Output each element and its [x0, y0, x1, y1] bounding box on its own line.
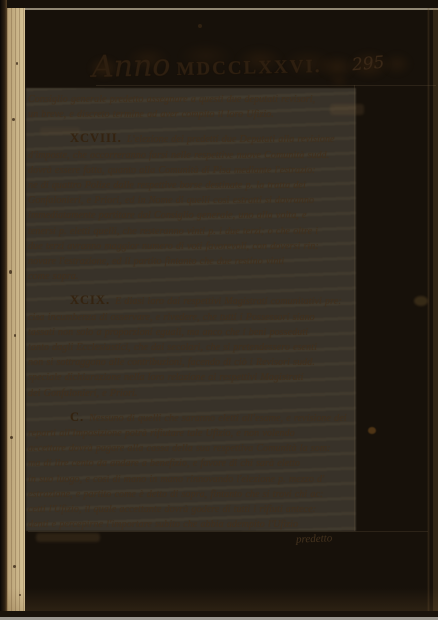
manuscript-line: cisa incumbenza di osservare, e rivedere… — [28, 310, 358, 325]
edge-speck — [14, 334, 16, 337]
edge-speck — [12, 118, 15, 121]
manuscript-line: ne di quattro Polize dalle respettive bo… — [28, 178, 358, 193]
manuscript-line: ma di lire cento da andare a benefizio, … — [28, 456, 358, 471]
manuscript-line: Consiglio generale predetto assegnare a … — [28, 92, 358, 107]
show-through-mark — [36, 533, 100, 542]
manuscript-line: novare l'estrazione, ed il partito finta… — [28, 254, 358, 269]
manuscript-line: tassati non solo a proporzioni eguali, m… — [28, 325, 358, 340]
manuscript-line: XCIX.E diasi loro dai respettivi Magistr… — [28, 293, 358, 309]
manuscript-line-text: E diasi loro dai respettivi Magistrati c… — [115, 296, 342, 307]
page-top-edge — [6, 8, 438, 10]
manuscript-line: tenersi p. eletti quelli, che resteranno… — [28, 224, 358, 239]
manuscript-line: denti e percepirne l'importare subito ch… — [28, 517, 358, 532]
manuscript-line: C.Nessuno di quelli che saranno eletti a… — [28, 410, 358, 426]
folio-number: 295 — [351, 53, 385, 76]
manuscript-text-block: Consiglio generale predetto assegnare a … — [28, 92, 358, 532]
manuscript-line: dei Gonfalonieri, e Priori. — [28, 386, 358, 401]
manuscript-line: in suo luogo, e così di mano in mano rin… — [28, 472, 358, 487]
manuscript-line-text: L'elezione dei predetti due Deputati all… — [127, 134, 335, 145]
manuscript-line: XCVIII.L'elezione dei predetti due Deput… — [28, 131, 358, 147]
paper-stain — [414, 296, 428, 306]
manuscript-line: immediatamente partitare dal Consiglio g… — [28, 208, 358, 223]
intro-paragraph: Consiglio generale predetto assegnare a … — [28, 92, 358, 122]
manuscript-line: come sopra. — [28, 269, 358, 284]
manuscript-line: d'imposte, che occorreranno farsi nelle … — [28, 148, 358, 163]
manuscript-line: dovrà essere fatta, quanto alla Comunità… — [28, 163, 358, 178]
manuscript-line: cetti l'Ufizio, il quale accettante dovr… — [28, 502, 358, 517]
year-heading-script: Anno — [92, 48, 171, 85]
year-heading: AnnoMDCCLXXVI. — [92, 45, 363, 85]
section-xcviii: XCVIII.L'elezione dei predetti due Deput… — [28, 131, 358, 284]
section-number: XCIX. — [70, 293, 110, 307]
manuscript-line: speciale dichiarazione nella loro relazi… — [28, 370, 358, 385]
manuscript-line-text: Nessuno di quelli che saranno eletti all… — [89, 413, 347, 424]
paper-stain — [198, 24, 202, 28]
manuscript-line: non si sottraggono alle contribuzioni, f… — [28, 355, 358, 370]
edge-speck — [10, 436, 13, 439]
manuscript-line: reparti all'Imposizione potrà rifiutare … — [28, 426, 358, 441]
edge-speck — [13, 565, 16, 568]
paper-stain — [368, 427, 376, 434]
manuscript-line: estrazione, e partito come è detto di so… — [28, 487, 358, 502]
book-spine — [0, 0, 7, 620]
section-number: C. — [70, 410, 84, 424]
manuscript-line: accettare dovrà pagare alla cassa della … — [28, 441, 358, 456]
page-crease — [427, 8, 430, 612]
manuscript-line: Gonfalonieri, e Priori, ed in Nome di qu… — [28, 193, 358, 208]
year-heading-roman: MDCCLXXVI. — [176, 56, 321, 80]
page-right-edge — [433, 8, 438, 612]
edge-speck — [16, 62, 18, 65]
photo-surface: AnnoMDCCLXXVI. 295 Consiglio generale pr… — [0, 0, 438, 620]
section-xcix: XCIX.E diasi loro dai respettivi Magistr… — [28, 293, 358, 400]
catchword: predetto — [296, 532, 333, 545]
section-c: C.Nessuno di quelli che saranno eletti a… — [28, 410, 358, 533]
page-bottom-shading — [6, 588, 438, 611]
stacked-page-edges — [7, 8, 25, 612]
ink-smudge — [382, 52, 412, 76]
manuscript-line: tanto dagli Ecclesiastici, che dai secol… — [28, 340, 358, 355]
manuscript-line: due terzi avranno maggior numero di voti… — [28, 239, 358, 254]
ruled-line-top — [96, 85, 436, 86]
manuscript-line: un breve, e discreto termine ad aver com… — [28, 107, 358, 122]
edge-speck — [9, 270, 12, 274]
section-number: XCVIII. — [70, 131, 122, 145]
